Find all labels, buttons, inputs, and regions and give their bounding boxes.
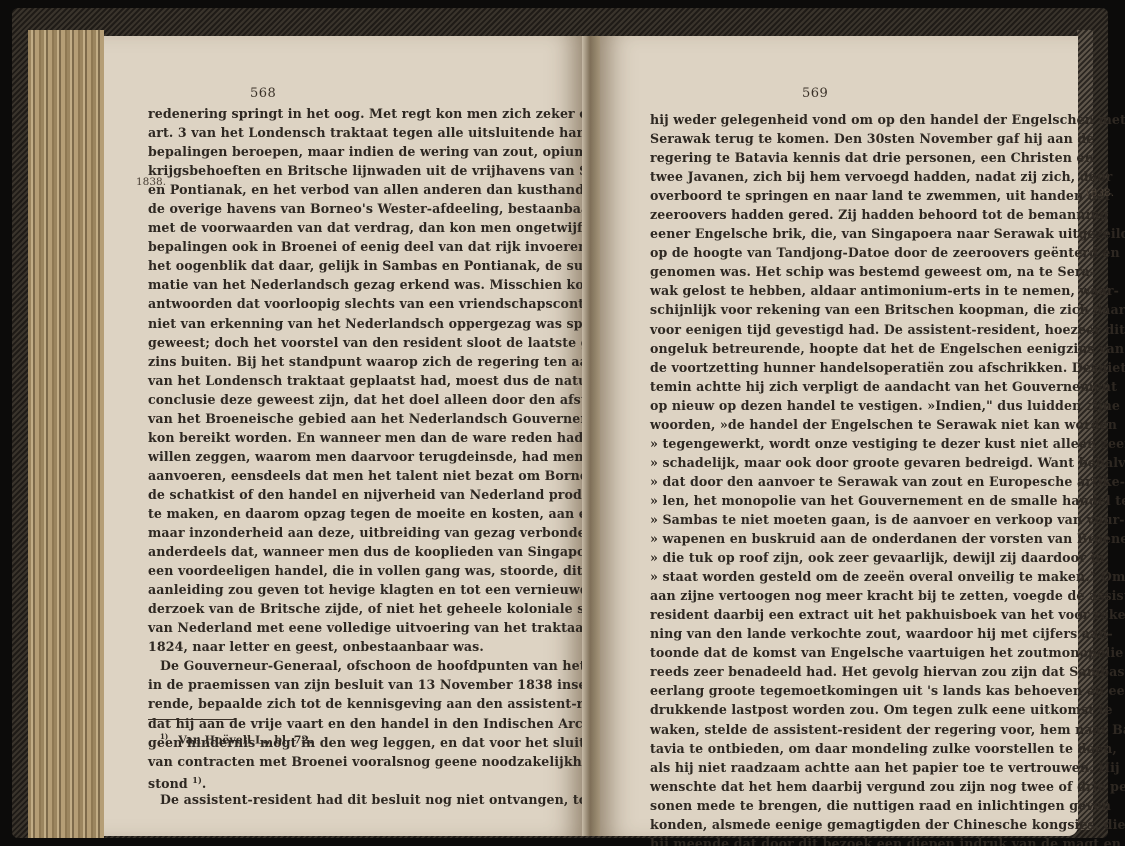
text-line: » wapenen en buskruid aan de onderdanen … [650,529,1030,548]
text-line: eerlang groote tegemoetkomingen uit 's l… [650,681,1030,700]
text-line: ning van den lande verkochte zout, waard… [650,624,1030,643]
book-gutter [582,36,600,836]
page-number: 569 [802,86,828,101]
text-line: » die tuk op roof zijn, ook zeer gevaarl… [650,548,1030,567]
text-line: » Sambas te niet moeten gaan, is de aanv… [650,510,1030,529]
text-line: conclusie deze geweest zijn, dat het doe… [148,390,568,409]
text-line: zins buiten. Bij het standpunt waarop zi… [148,352,568,371]
text-line: regering te Batavia kennis dat drie pers… [650,148,1030,167]
text-line: ongeluk betreurende, hoopte dat het de E… [650,339,1030,358]
text-line: stond 1). [148,771,568,790]
footnote: 1)Van Hoëvell L., bl. 72. [160,732,313,747]
page-number: 568 [250,86,276,101]
text-line: » tegengewerkt, wordt onze vestiging te … [650,434,1030,453]
text-line: krijgsbehoeften en Britsche lijnwaden ui… [148,161,568,180]
text-line: » len, het monopolie van het Gouvernemen… [650,491,1030,510]
text-line: drukkende lastpost worden zou. Om tegen … [650,700,1030,719]
text-line: antwoorden dat voorloopig slechts van ee… [148,294,568,313]
text-line: waken, stelde de assistent-resident der … [650,720,1030,739]
text-line: 1824, naar letter en geest, onbestaanbaa… [148,637,568,656]
body-text: 1838. hij weder gelegenheid vond om op d… [650,110,1030,846]
text-line: twee Javanen, zich bij hem vervoegd hadd… [650,167,1030,186]
text-line: hij weder gelegenheid vond om op den han… [650,110,1030,129]
margin-year: 1838. [136,173,166,192]
text-line: schijnlijk voor rekening van een Britsch… [650,300,1030,319]
text-line: de overige havens van Borneo's Wester-af… [148,199,568,218]
text-line: sonen mede te brengen, die nuttigen raad… [650,796,1030,815]
text-line: aanvoeren, eensdeels dat men het talent … [148,466,568,485]
text-line: kon bereikt worden. En wanneer men dan d… [148,428,568,447]
text-line: overboord te springen en naar land te zw… [650,186,1030,205]
text-line: zeeroovers hadden gered. Zij hadden beho… [650,205,1030,224]
footnote-divider [148,719,236,720]
text-line: bepalingen ook in Broenei of eenig deel … [148,237,568,256]
text-line: wak gelost te hebben, aldaar antimonium-… [650,281,1030,300]
text-line: geweest; doch het voorstel van den resid… [148,333,568,352]
text-line: woorden, »de handel der Engelschen te Se… [650,415,1030,434]
footnote-text: Van Hoëvell L., bl. 72. [178,734,313,747]
text-line: aan zijne vertoogen nog meer kracht bij … [650,586,1030,605]
text-line: op nieuw op dezen handel te vestigen. »I… [650,396,1030,415]
text-line: de schatkist of den handel en nijverheid… [148,485,568,504]
text-line: dat hij aan de vrije vaart en den handel… [148,714,568,733]
text-line: van het Broeneische gebied aan het Neder… [148,409,568,428]
footnote-reference[interactable]: 1) [192,775,202,785]
text-line: met de voorwaarden van dat verdrag, dan … [148,218,568,237]
text-line: resident daarbij een extract uit het pak… [650,605,1030,624]
text-line: temin achtte hij zich verpligt de aandac… [650,377,1030,396]
text-line: anderdeels dat, wanneer men dus de koopl… [148,542,568,561]
text-line: van Nederland met eene volledige uitvoer… [148,618,568,637]
text-line: » staat worden gesteld om de zeeën overa… [650,567,1030,586]
text-line: » dat door den aanvoer te Serawak van zo… [650,472,1030,491]
text-line: toonde dat de komst van Engelsche vaartu… [650,643,1030,662]
text-line: voor eenigen tijd gevestigd had. De assi… [650,320,1030,339]
text-line: » schadelijk, maar ook door groote gevar… [650,453,1030,472]
text-line: van het Londensch traktaat geplaatst had… [148,371,568,390]
left-page: 568 1838. redenering springt in het oog.… [104,36,582,836]
text-line: van contracten met Broenei vooralsnog ge… [148,752,568,771]
text-line: de voortzetting hunner handelsoperatiën … [650,358,1030,377]
text-line: De assistent-resident had dit besluit no… [148,790,568,809]
text-line: konden, alsmede eenige gemagtigden der C… [650,815,1030,834]
text-line: tavia te ontbieden, om daar mondeling zu… [650,739,1030,758]
page-edges-left [28,30,104,838]
text-line: het oogenblik dat daar, gelijk in Sambas… [148,256,568,275]
text-line: redenering springt in het oog. Met regt … [148,104,568,123]
text-fragment: stond [148,776,188,791]
text-line: in de praemissen van zijn besluit van 13… [148,675,568,694]
text-line: hij meende dat door dit bezoek een diepe… [650,834,1030,846]
text-line: aanleiding zou geven tot hevige klagten … [148,580,568,599]
margin-year: 1838. [1084,184,1114,203]
text-line: derzoek van de Britsche zijde, of niet h… [148,599,568,618]
text-line: rende, bepaalde zich tot de kennisgeving… [148,694,568,713]
text-line: een voordeeligen handel, die in vollen g… [148,561,568,580]
text-line: maar inzonderheid aan deze, uitbreiding … [148,523,568,542]
text-line: willen zeggen, waarom men daarvoor terug… [148,447,568,466]
text-line: wenschte dat het hem daarbij vergund zou… [650,777,1030,796]
text-line: niet van erkenning van het Nederlandsch … [148,314,568,333]
text-line: te maken, en daarom opzag tegen de moeit… [148,504,568,523]
text-line: op de hoogte van Tandjong-Datoe door de … [650,243,1030,262]
text-line: als hij niet raadzaam achtte aan het pap… [650,758,1030,777]
text-line: De Gouverneur-Generaal, ofschoon de hoof… [148,656,568,675]
body-text: 1838. redenering springt in het oog. Met… [148,104,568,809]
right-page: 569 1838. hij weder gelegenheid vond om … [600,36,1078,836]
text-line: Serawak terug te komen. Den 30sten Novem… [650,129,1030,148]
text-line: genomen was. Het schip was bestemd gewee… [650,262,1030,281]
footnote-marker: 1) [160,732,168,741]
text-line: eener Engelsche brik, die, van Singapoer… [650,224,1030,243]
text-line: matie van het Nederlandsch gezag erkend … [148,275,568,294]
text-line: en Pontianak, en het verbod van allen an… [148,180,568,199]
text-line: art. 3 van het Londensch traktaat tegen … [148,123,568,142]
text-line: bepalingen beroepen, maar indien de weri… [148,142,568,161]
text-line: reeds zeer benadeeld had. Het gevolg hie… [650,662,1030,681]
